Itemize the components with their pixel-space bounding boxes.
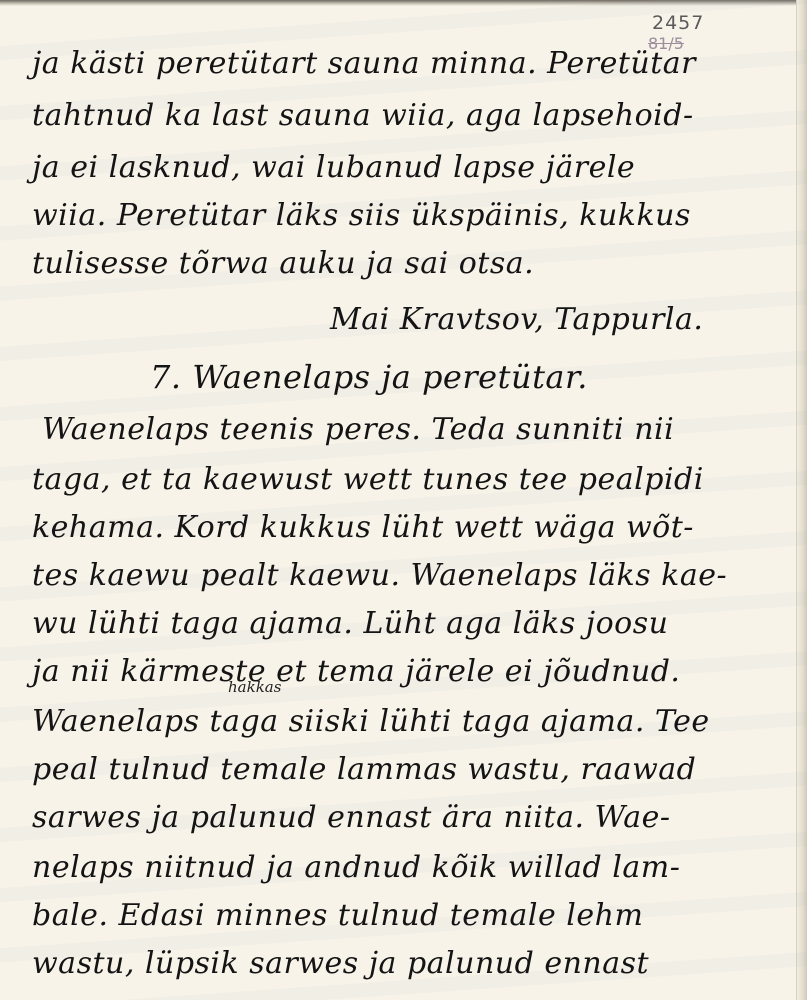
text-line: bale. Edasi minnes tulnud temale lehm [32, 898, 643, 933]
story-title: 7. Waenelaps ja peretütar. [150, 358, 588, 396]
text-line: ja nii kärmeste et tema järele ei jõudnu… [32, 654, 680, 689]
text-line: wu lühti taga ajama. Lüht aga läks joosu [32, 606, 668, 641]
text-line: Waenelaps teenis peres. Teda sunniti nii [42, 412, 674, 447]
text-line: tulisesse tõrwa auku ja sai otsa. [32, 246, 534, 281]
page-top-edge [0, 0, 807, 6]
text-line: wiia. Peretütar läks siis ükspäinis, kuk… [32, 198, 691, 233]
page-right-edge [796, 0, 807, 1000]
interlinear-insertion: hakkas [228, 678, 281, 696]
text-line: peal tulnud temale lammas wastu, raawad [32, 752, 696, 787]
text-line: kehama. Kord kukkus lüht wett wäga wõt- [32, 510, 694, 545]
manuscript-page: 2457 81/5 ja kästi peretütart sauna minn… [0, 0, 807, 1000]
text-line: tahtnud ka last sauna wiia, aga lapsehoi… [32, 98, 694, 133]
folio-number: 2457 [652, 12, 704, 34]
text-line: ja ei lasknud, wai lubanud lapse järele [32, 150, 635, 185]
text-line: sarwes ja palunud ennast ära niita. Wae- [32, 800, 671, 835]
text-line: Waenelaps taga siiski lühti taga ajama. … [32, 704, 710, 739]
text-line: ja kästi peretütart sauna minna. Peretüt… [32, 46, 696, 81]
signature: Mai Kravtsov, Tappurla. [330, 302, 703, 337]
text-line: tes kaewu pealt kaewu. Waenelaps läks ka… [32, 558, 727, 593]
text-line: wastu, lüpsik sarwes ja palunud ennast [32, 946, 649, 981]
text-line: nelaps niitnud ja andnud kõik willad lam… [32, 850, 680, 885]
text-line: taga, et ta kaewust wett tunes tee pealp… [32, 462, 704, 497]
